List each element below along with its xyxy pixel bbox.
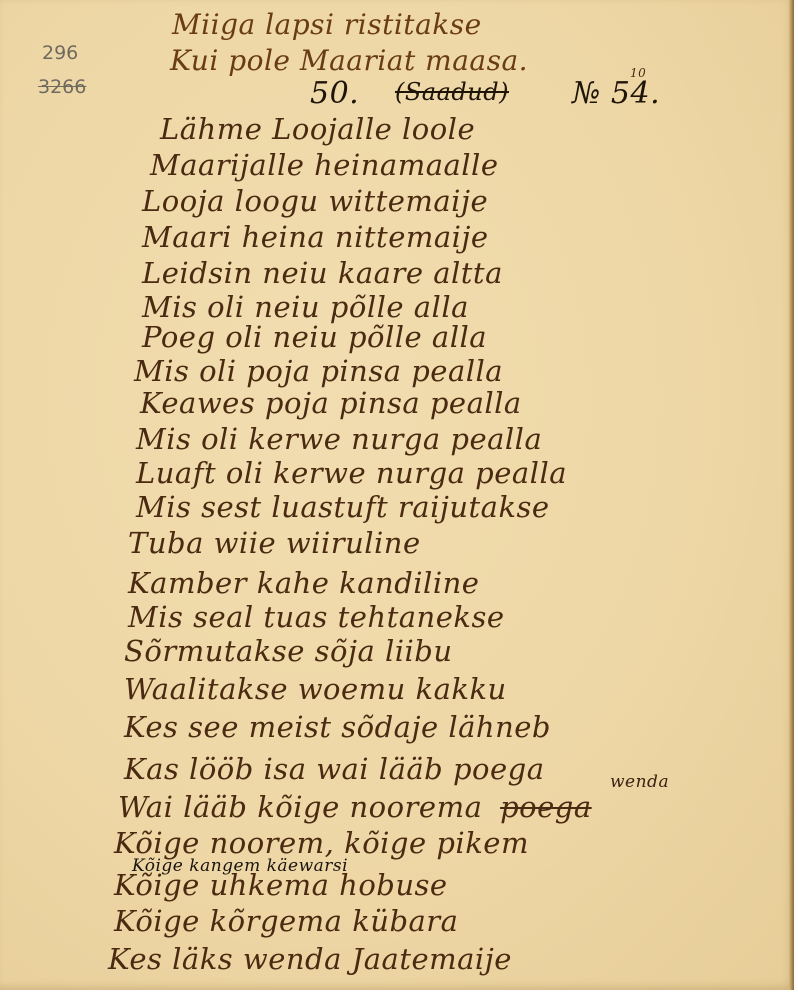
verse-line: Kamber kahe kandiline	[128, 566, 479, 600]
verse-line: Tuba wiie wiiruline	[128, 526, 421, 560]
verse-text: Wai lääb kõige noorema	[118, 790, 482, 824]
struck-word: poega	[500, 790, 592, 824]
verse-line: Waalitakse woemu kakku	[124, 672, 507, 706]
verse-line: Kes see meist sõdaje lähneb	[124, 710, 551, 744]
verse-line: Lähme Loojalle loole	[160, 112, 475, 146]
verse-line: Poeg oli neiu põlle alla	[142, 320, 487, 354]
verse-line: Mis oli poja pinsa pealla	[134, 354, 503, 388]
struck-word: (Saadud)	[395, 78, 509, 106]
catalog-label: № 54.	[572, 76, 660, 111]
verse-line: Mis oli kerwe nurga pealla	[136, 422, 542, 456]
verse-line: Kõige uhkema hobuse	[114, 868, 448, 902]
header-line-2: Kui pole Maariat maasa.	[170, 44, 528, 77]
verse-line: Maarijalle heinamaalle	[150, 148, 499, 182]
verse-line: Kõige kõrgema kübara	[114, 904, 458, 938]
song-number: 50.	[310, 76, 359, 111]
verse-line: Kes läks wenda Jaatemaije	[108, 942, 512, 976]
verse-line: Maari heina nittemaije	[142, 220, 489, 254]
verse-line: Kõige noorem, kõige pikem	[114, 826, 529, 860]
verse-line: Leidsin neiu kaare altta	[142, 256, 503, 290]
verse-line: Looja loogu wittemaije	[142, 184, 488, 218]
old-page-number-struck: 3266	[38, 76, 86, 98]
manuscript-page: 296 3266 Miiga lapsi ristitakse Kui pole…	[0, 0, 794, 990]
verse-line: Kas lööb isa wai lääb poega	[124, 752, 544, 786]
page-number: 296	[42, 42, 78, 64]
page-edge	[789, 0, 794, 990]
inserted-word: wenda	[610, 772, 669, 792]
verse-line: Mis seal tuas tehtanekse	[128, 600, 505, 634]
header-line-1: Miiga lapsi ristitakse	[172, 8, 482, 41]
verse-line: Sõrmutakse sõja liibu	[124, 634, 453, 668]
verse-line: Luaft oli kerwe nurga pealla	[136, 456, 567, 490]
verse-line: Mis sest luastuft raijutakse	[136, 490, 550, 524]
catalog-superscript: 10	[630, 66, 646, 80]
verse-line: Mis oli neiu põlle alla	[142, 290, 469, 324]
verse-line: Keawes poja pinsa pealla	[140, 386, 522, 420]
verse-line: Wai lääb kõige noorema poega	[118, 790, 592, 824]
